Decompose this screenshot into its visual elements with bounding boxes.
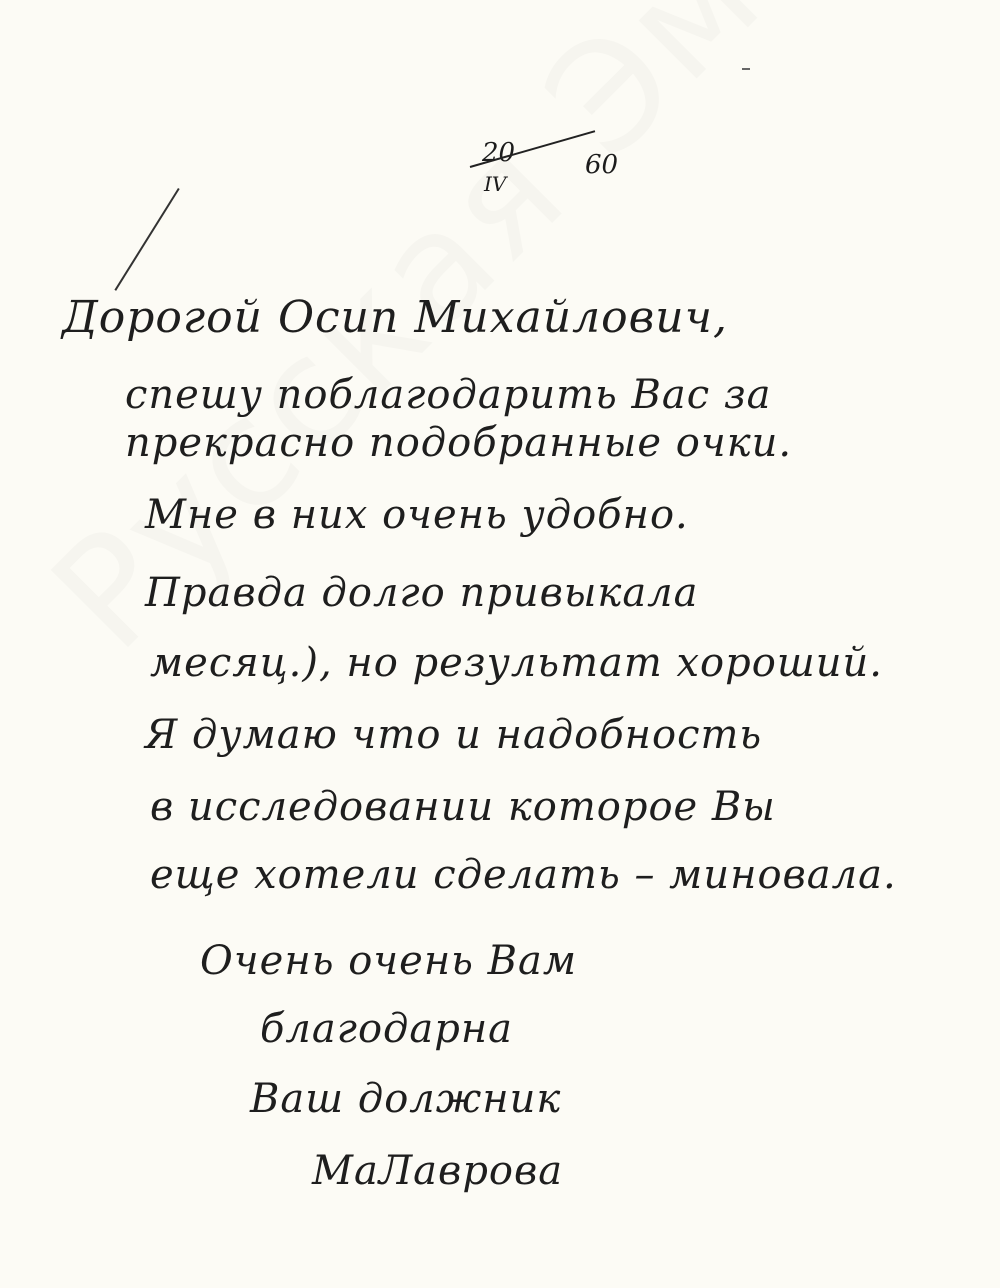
letter-closing-1: Очень очень Вам	[200, 938, 577, 984]
letter-line-7: в исследовании которое Вы	[150, 784, 776, 830]
letter-signoff: Ваш должник	[250, 1076, 561, 1122]
date-day: 20	[482, 138, 515, 168]
date-month: IV	[484, 172, 506, 196]
ink-speck	[742, 68, 750, 70]
letter-closing-2: благодарна	[260, 1006, 513, 1052]
letter-greeting: Дорогой Осип Михайлович,	[62, 292, 728, 343]
letter-line-5: месяц.), но результат хороший.	[150, 640, 883, 686]
letter-line-3: Мне в них очень удобно.	[145, 492, 689, 538]
letter-date: 20 IV 60	[470, 130, 640, 210]
letter-line-2: прекрасно подобранные очки.	[125, 420, 792, 466]
letter-line-1: спешу поблагодарить Вас за	[125, 372, 772, 418]
letter-signature: МаЛаврова	[312, 1148, 563, 1194]
letter-line-4: Правда долго привыкала	[145, 570, 698, 616]
date-year: 60	[585, 150, 618, 180]
letter-line-6: Я думаю что и надобность	[145, 712, 762, 758]
letter-line-8: еще хотели сделать – миновала.	[150, 852, 897, 898]
